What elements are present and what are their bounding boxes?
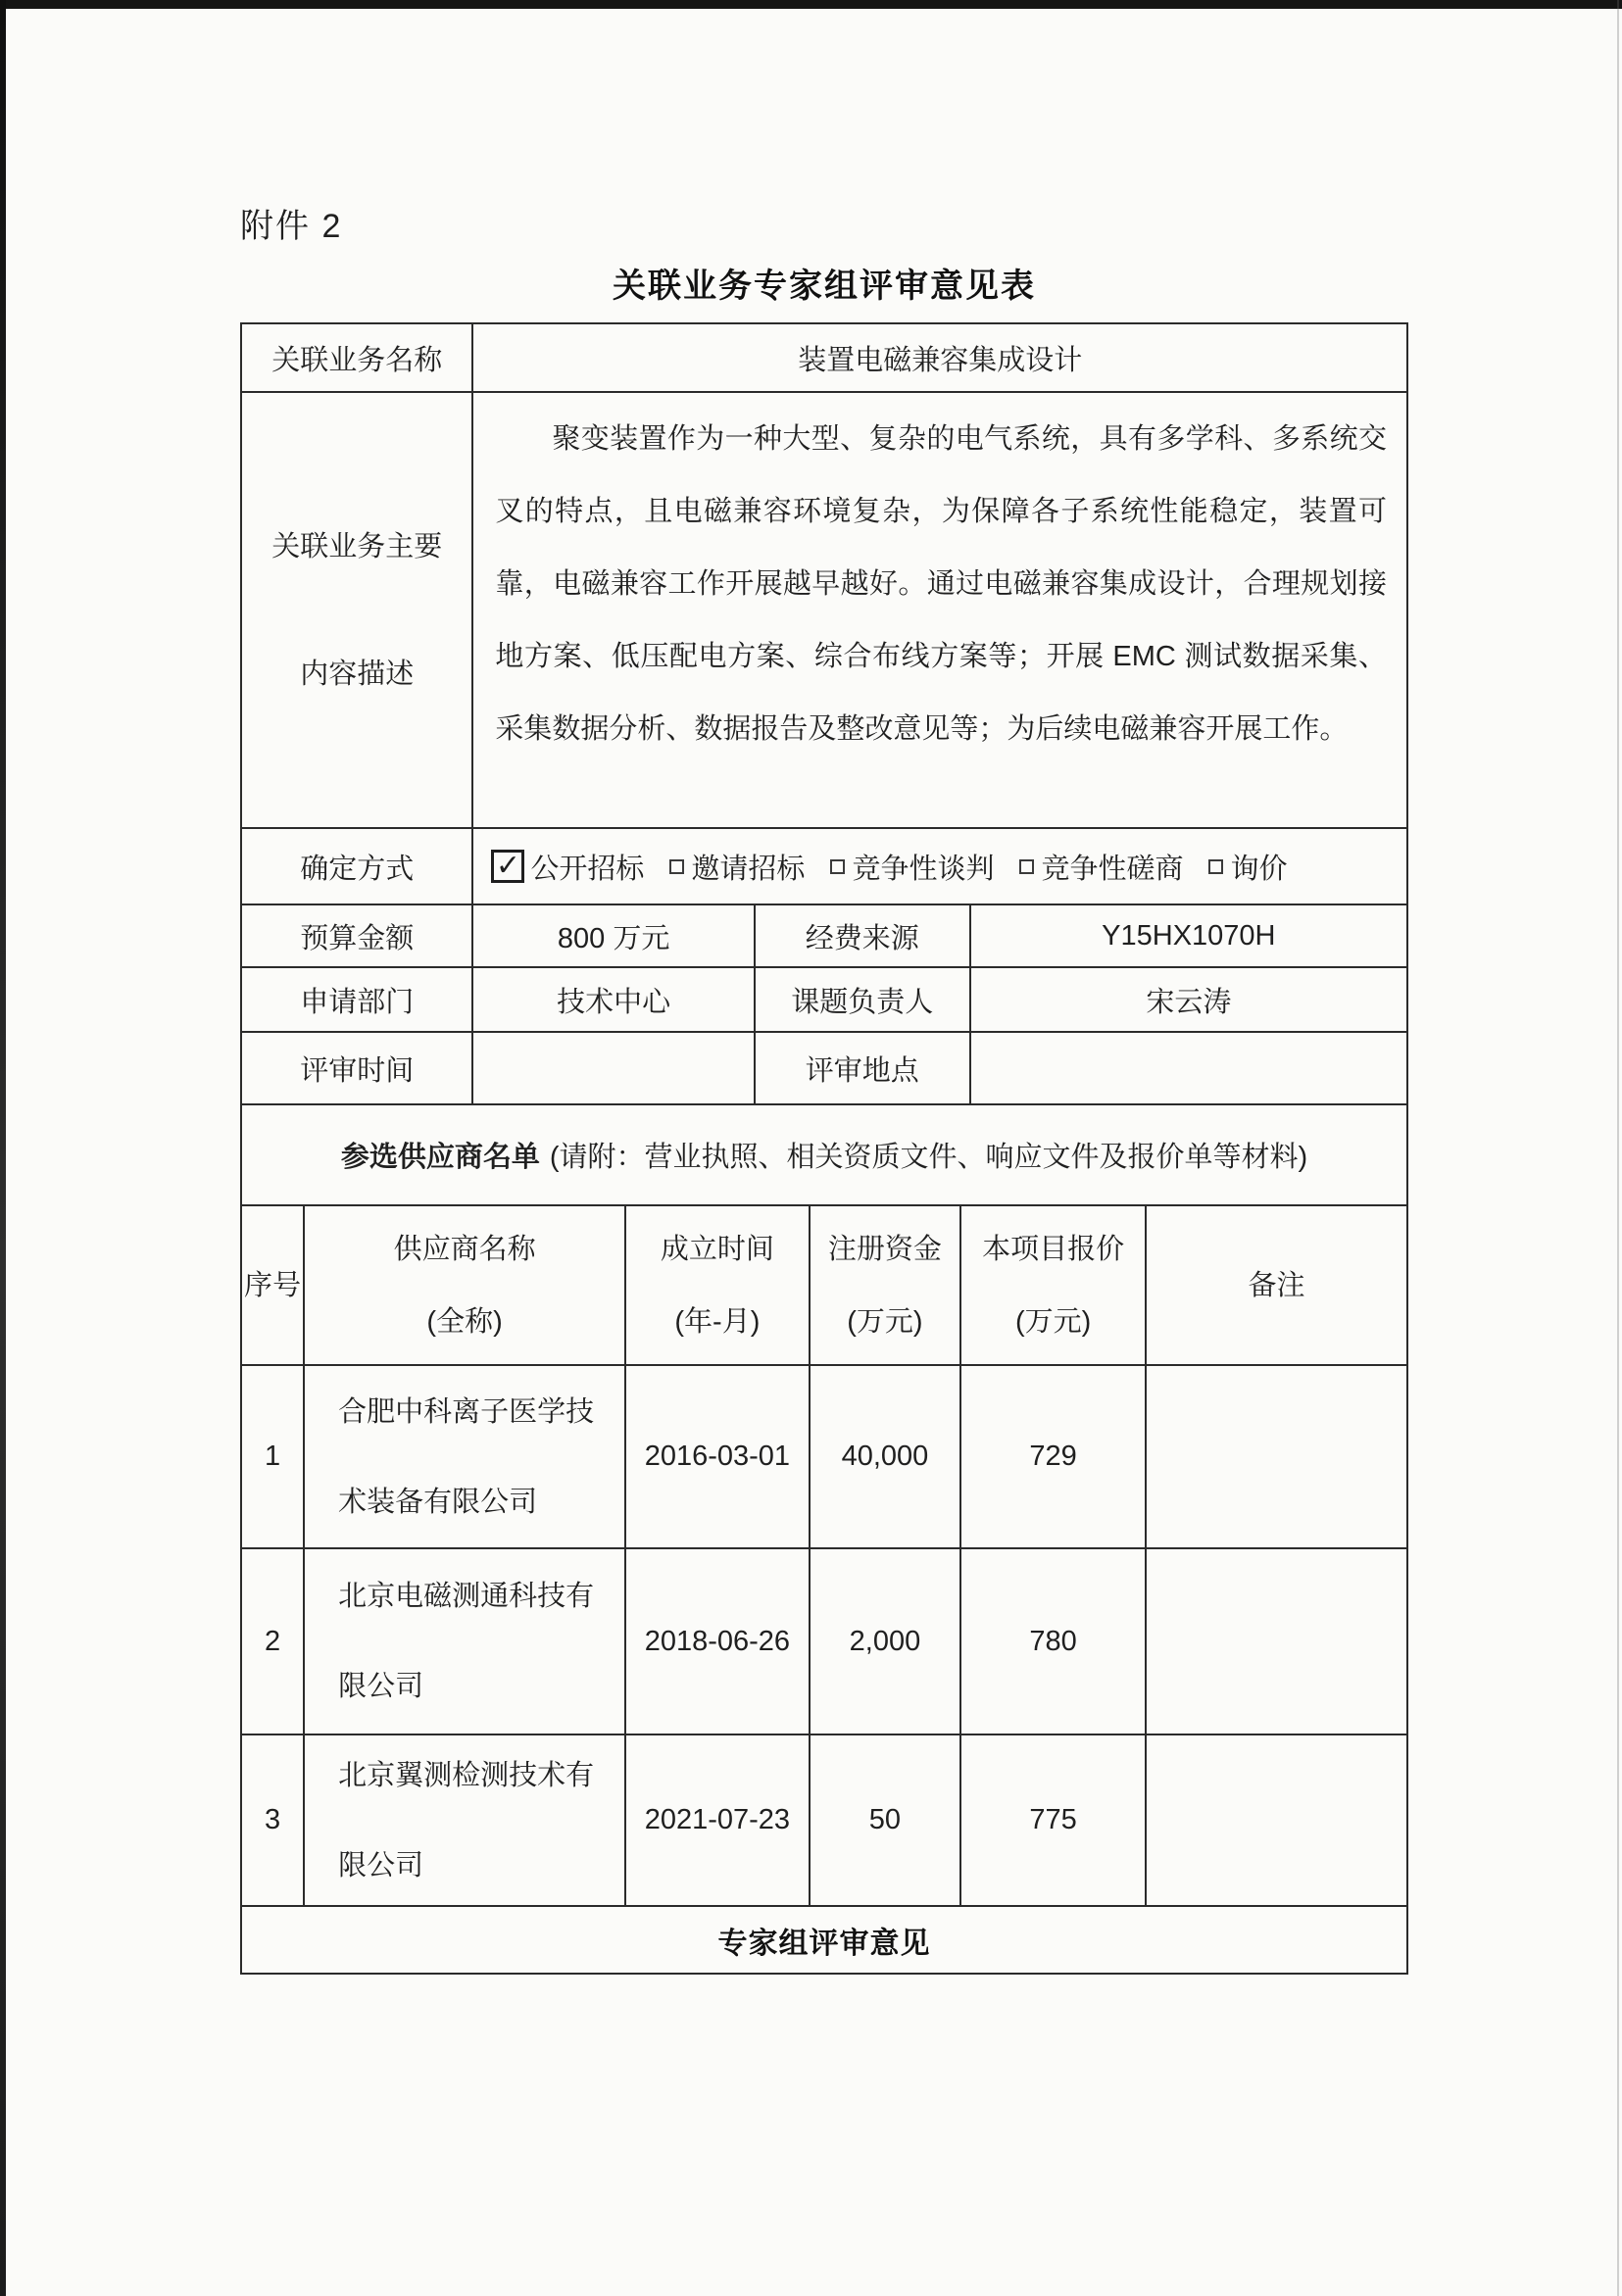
supplier-1-remark	[1147, 1366, 1406, 1547]
method-option-label: 竞争性磋商	[1041, 847, 1183, 887]
header-capital: 注册资金 (万元)	[811, 1206, 961, 1364]
checkbox-empty-icon	[1019, 859, 1034, 874]
supplier-2-name: 北京电磁测通科技有限公司	[305, 1549, 626, 1734]
leader-value: 宋云涛	[971, 968, 1406, 1031]
review-time-label: 评审时间	[242, 1033, 473, 1103]
header-quote-line2: (万元)	[1015, 1306, 1091, 1338]
method-option-label: 竞争性谈判	[852, 847, 994, 887]
review-form-table: 关联业务名称 装置电磁兼容集成设计 关联业务主要 内容描述 聚变装置作为一种大型…	[240, 322, 1408, 1975]
leader-label: 课题负责人	[756, 968, 971, 1031]
supplier-section-heading: 参选供应商名单 (请附：营业执照、相关资质文件、响应文件及报价单等材料)	[242, 1105, 1406, 1204]
scan-edge-right	[1617, 0, 1619, 2296]
supplier-2-remark	[1147, 1549, 1406, 1734]
supplier-row-1: 1 合肥中科离子医学技术装备有限公司 2016-03-01 40,000 729	[242, 1366, 1406, 1549]
department-label: 申请部门	[242, 968, 473, 1031]
header-supplier-name-line2: (全称)	[426, 1306, 502, 1338]
supplier-1-quote: 729	[961, 1366, 1147, 1547]
method-option-label: 邀请招标	[691, 847, 805, 887]
method-option-public-bidding: ✓ 公开招标	[491, 847, 644, 887]
checkbox-checked-icon: ✓	[491, 850, 524, 883]
supplier-2-capital: 2,000	[811, 1549, 961, 1734]
description-label: 关联业务主要 内容描述	[242, 393, 473, 827]
header-founded-line1: 成立时间	[661, 1234, 774, 1265]
header-seq-line2: 号	[272, 1249, 301, 1322]
supplier-3-quote: 775	[961, 1735, 1147, 1905]
supplier-2-quote: 780	[961, 1549, 1147, 1734]
row-description: 关联业务主要 内容描述 聚变装置作为一种大型、复杂的电气系统，具有多学科、多系统…	[242, 393, 1406, 829]
row-business-name: 关联业务名称 装置电磁兼容集成设计	[242, 324, 1406, 393]
checkbox-empty-icon	[1208, 859, 1223, 874]
supplier-1-founded: 2016-03-01	[626, 1366, 811, 1547]
header-supplier-name: 供应商名称 (全称)	[305, 1206, 626, 1364]
row-budget: 预算金额 800 万元 经费来源 Y15HX1070H	[242, 905, 1406, 968]
budget-label: 预算金额	[242, 905, 473, 966]
supplier-3-seq: 3	[242, 1735, 305, 1905]
review-place-label: 评审地点	[756, 1033, 971, 1103]
review-place-value	[971, 1033, 1406, 1103]
business-name-label: 关联业务名称	[242, 324, 473, 391]
funding-value: Y15HX1070H	[971, 905, 1406, 966]
row-expert-opinion: 专家组评审意见	[242, 1907, 1406, 1973]
page-title: 关联业务专家组评审意见表	[240, 259, 1408, 307]
expert-opinion-title: 专家组评审意见	[242, 1907, 1406, 1973]
header-founded-line2: (年-月)	[674, 1306, 760, 1338]
supplier-1-seq: 1	[242, 1366, 305, 1547]
supplier-3-remark	[1147, 1735, 1406, 1905]
supplier-3-name: 北京翼测检测技术有限公司	[305, 1735, 626, 1905]
row-method: 确定方式 ✓ 公开招标 邀请招标 竞争性谈判 竞争性磋商	[242, 829, 1406, 905]
description-label-line1: 关联业务主要	[271, 483, 442, 611]
supplier-section-title: 参选供应商名单	[341, 1135, 540, 1175]
funding-label: 经费来源	[756, 905, 971, 966]
supplier-row-3: 3 北京翼测检测技术有限公司 2021-07-23 50 775	[242, 1735, 1406, 1907]
supplier-table-header: 序 号 供应商名称 (全称) 成立时间 (年-月) 注册资金 (万元)	[242, 1206, 1406, 1366]
supplier-section-note: (请附：营业执照、相关资质文件、响应文件及报价单等材料)	[550, 1135, 1307, 1175]
description-label-line2: 内容描述	[300, 611, 414, 738]
header-capital-line2: (万元)	[847, 1306, 922, 1338]
supplier-3-capital: 50	[811, 1735, 961, 1905]
header-quote-line1: 本项目报价	[982, 1234, 1124, 1265]
supplier-1-name: 合肥中科离子医学技术装备有限公司	[305, 1366, 626, 1547]
business-name-value: 装置电磁兼容集成设计	[473, 324, 1406, 391]
method-label: 确定方式	[242, 829, 473, 904]
header-founded: 成立时间 (年-月)	[626, 1206, 811, 1364]
method-option-label: 公开招标	[530, 847, 644, 887]
method-option-inquiry: 询价	[1208, 847, 1287, 887]
review-time-value	[473, 1033, 755, 1103]
checkbox-empty-icon	[669, 859, 684, 874]
row-department: 申请部门 技术中心 课题负责人 宋云涛	[242, 968, 1406, 1033]
method-option-label: 询价	[1230, 847, 1287, 887]
header-remark-line1: 备注	[1249, 1249, 1305, 1322]
header-supplier-name-line1: 供应商名称	[394, 1234, 536, 1265]
header-quote: 本项目报价 (万元)	[961, 1206, 1147, 1364]
header-seq-line1: 序	[244, 1249, 272, 1322]
row-review-time: 评审时间 评审地点	[242, 1033, 1406, 1105]
header-capital-line1: 注册资金	[828, 1234, 942, 1265]
supplier-row-2: 2 北京电磁测通科技有限公司 2018-06-26 2,000 780	[242, 1549, 1406, 1735]
method-option-competitive-negotiation: 竞争性谈判	[830, 847, 994, 887]
row-supplier-section: 参选供应商名单 (请附：营业执照、相关资质文件、响应文件及报价单等材料)	[242, 1105, 1406, 1206]
description-value: 聚变装置作为一种大型、复杂的电气系统，具有多学科、多系统交叉的特点，且电磁兼容环…	[473, 393, 1406, 827]
method-option-competitive-consultation: 竞争性磋商	[1019, 847, 1183, 887]
budget-value: 800 万元	[473, 905, 755, 966]
supplier-2-seq: 2	[242, 1549, 305, 1734]
page-content: 附件 2 关联业务专家组评审意见表 关联业务名称 装置电磁兼容集成设计 关联业务…	[240, 0, 1408, 1975]
scan-edge-left	[0, 0, 6, 2296]
supplier-3-founded: 2021-07-23	[626, 1735, 811, 1905]
department-value: 技术中心	[473, 968, 755, 1031]
attachment-label: 附件 2	[240, 199, 1408, 247]
method-options: ✓ 公开招标 邀请招标 竞争性谈判 竞争性磋商 询价	[473, 829, 1406, 904]
method-option-invited-bidding: 邀请招标	[669, 847, 805, 887]
header-remark: 备注	[1147, 1206, 1406, 1364]
checkbox-empty-icon	[830, 859, 845, 874]
supplier-1-capital: 40,000	[811, 1366, 961, 1547]
header-seq: 序 号	[242, 1206, 305, 1364]
supplier-2-founded: 2018-06-26	[626, 1549, 811, 1734]
